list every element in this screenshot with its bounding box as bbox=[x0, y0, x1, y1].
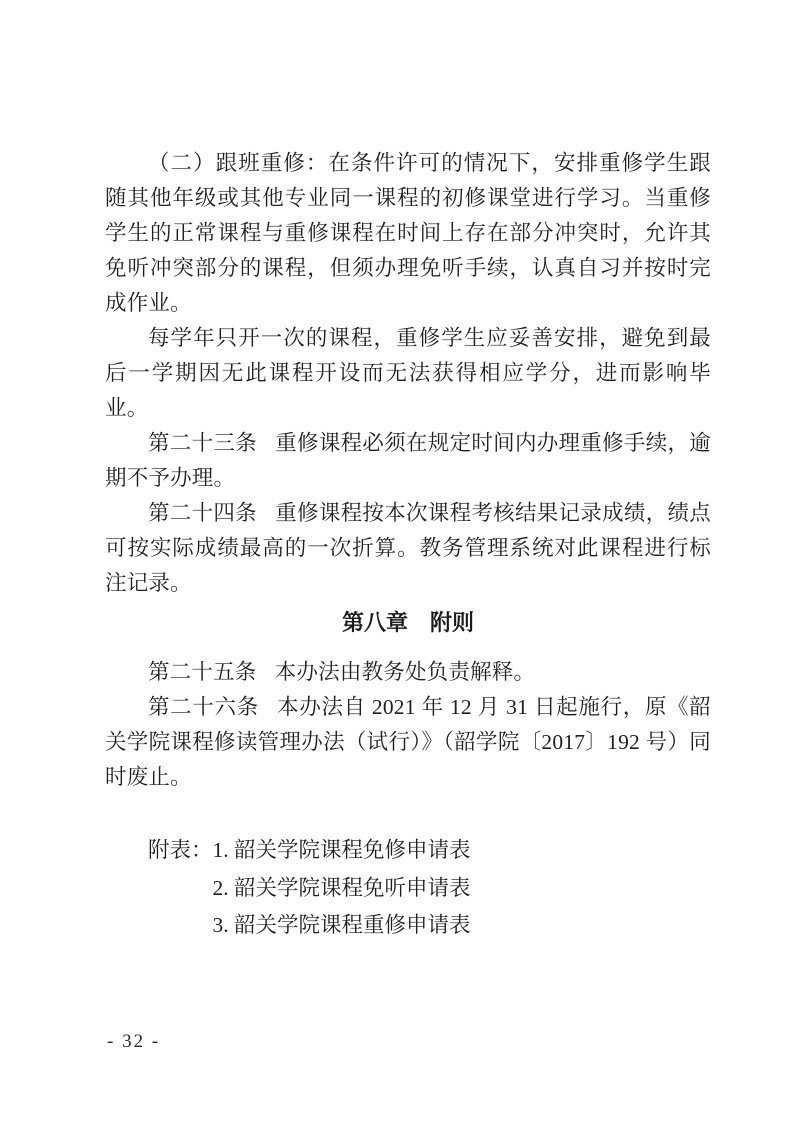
article-24-number: 第二十四条 bbox=[148, 501, 257, 525]
paragraph-meixuenian: 每学年只开一次的课程，重修学生应妥善安排，避免到最后一学期因无此课程开设而无法获… bbox=[105, 321, 711, 426]
attachments-list: 1. 韶关学院课程免修申请表 2. 韶关学院课程免听申请表 3. 韶关学院课程重… bbox=[213, 832, 471, 945]
chapter-8-heading: 第八章 附则 bbox=[105, 605, 711, 640]
attachment-item-2: 2. 韶关学院课程免听申请表 bbox=[213, 870, 471, 908]
article-26-number: 第二十六条 bbox=[148, 695, 259, 719]
article-23-number: 第二十三条 bbox=[148, 431, 257, 455]
document-text-block: （二）跟班重修：在条件许可的情况下，安排重修学生跟随其他年级或其他专业同一课程的… bbox=[105, 146, 711, 945]
paragraph-article-26: 第二十六条本办法自 2021 年 12 月 31 日起施行，原《韶关学院课程修读… bbox=[105, 690, 711, 795]
page-number: - 32 - bbox=[107, 1031, 160, 1053]
paragraph-genban-chongxiu: （二）跟班重修：在条件许可的情况下，安排重修学生跟随其他年级或其他专业同一课程的… bbox=[105, 146, 711, 321]
attachment-item-3: 3. 韶关学院课程重修申请表 bbox=[213, 907, 471, 945]
document-sheet: （二）跟班重修：在条件许可的情况下，安排重修学生跟随其他年级或其他专业同一课程的… bbox=[0, 0, 793, 1122]
attachment-item-1: 1. 韶关学院课程免修申请表 bbox=[213, 832, 471, 870]
paragraph-article-24: 第二十四条重修课程按本次课程考核结果记录成绩，绩点可按实际成绩最高的一次折算。教… bbox=[105, 496, 711, 601]
article-25-text: 本办法由教务处负责解释。 bbox=[275, 660, 535, 684]
paragraph-article-23: 第二十三条重修课程必须在规定时间内办理重修手续，逾期不予办理。 bbox=[105, 426, 711, 496]
article-25-number: 第二十五条 bbox=[148, 660, 257, 684]
attachments-block: 附表： 1. 韶关学院课程免修申请表 2. 韶关学院课程免听申请表 3. 韶关学… bbox=[105, 832, 711, 945]
attachments-label: 附表： bbox=[148, 832, 213, 945]
paragraph-article-25: 第二十五条本办法由教务处负责解释。 bbox=[105, 655, 711, 690]
